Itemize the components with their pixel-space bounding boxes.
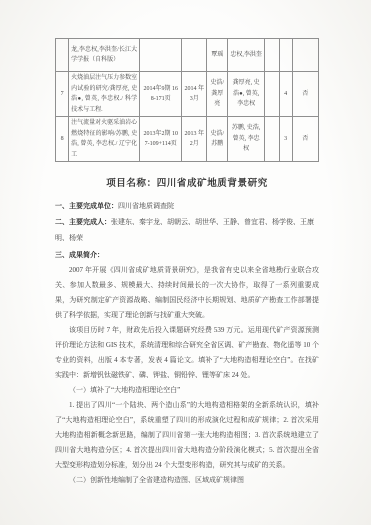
cell-paper: 火烧油层注气压力参数室内试验的研究/龚厚亮, 史浩●, 曾英, 李忠权./ 科学… bbox=[69, 72, 140, 117]
contributors-line: 二、主要完成人：张建东、秦宇龙、胡朝云、胡世华、王静、曾宜君、杨学俊、王康明、杨… bbox=[55, 214, 319, 246]
table-row: 7 火烧油层注气压力参数室内试验的研究/龚厚亮, 史浩●, 曾英, 李忠权./ … bbox=[56, 72, 319, 117]
publications-table: 龙,李忠权,李洪奎/长江大学学报（自科版） 覃瑶 忠权,李洪奎 7 火烧油层注气… bbox=[55, 38, 319, 162]
cell-issue: 2014年9期 168-171页 bbox=[140, 72, 182, 117]
cell-no bbox=[56, 39, 69, 72]
cell-flag: 否 bbox=[292, 72, 318, 117]
abstract-heading-label: 三、成果简介： bbox=[55, 251, 104, 259]
cell-no: 8 bbox=[56, 117, 69, 162]
cell-authors: 苏鹏, 史浩, 曾英, 李忠权 bbox=[228, 117, 265, 162]
cell-date bbox=[182, 39, 207, 72]
cell-issue bbox=[140, 39, 182, 72]
cell-issue: 2013年2期 107-109+114页 bbox=[140, 117, 182, 162]
cell-no: 7 bbox=[56, 72, 69, 117]
table-row: 8 注气流量对火驱采油岩心燃烧特征的影响/苏鹏, 史浩, 曾英, 李忠权./ 辽… bbox=[56, 117, 319, 162]
cell-date: 2014 年3月 bbox=[182, 72, 207, 117]
cell-authors: 忠权,李洪奎 bbox=[228, 39, 265, 72]
cell-extra bbox=[265, 72, 279, 117]
cell-lead: 史浩/龚厚亮 bbox=[207, 72, 228, 117]
cell-lead: 史浩/苏鹏 bbox=[207, 117, 228, 162]
cell-flag: 否 bbox=[292, 117, 318, 162]
finding-2-title: （二）创新性地编制了全省建造构造图、区域成矿规律图 bbox=[55, 473, 319, 488]
cell-lead: 覃瑶 bbox=[207, 39, 228, 72]
page-title: 项目名称：四川省成矿地质背景研究 bbox=[55, 175, 319, 189]
finding-1-body: 1. 提出了四川“一个陆块、两个造山系”的大地构造相格架的全新系统认识，填补了“… bbox=[55, 398, 319, 473]
cell-count bbox=[279, 39, 292, 72]
completing-unit-line: 一、主要完成单位：四川省地质调查院 bbox=[55, 198, 319, 214]
abstract-heading: 三、成果简介： bbox=[55, 247, 319, 263]
cell-paper: 龙,李忠权,李洪奎/长江大学学报（自科版） bbox=[69, 39, 140, 72]
table-row: 龙,李忠权,李洪奎/长江大学学报（自科版） 覃瑶 忠权,李洪奎 bbox=[56, 39, 319, 72]
cell-count: 3 bbox=[279, 117, 292, 162]
cell-authors: 龚厚亮, 史浩●, 曾英, 李忠权 bbox=[228, 72, 265, 117]
cell-extra bbox=[265, 117, 279, 162]
abstract-paragraph-1: 2007 年开展《四川省成矿地质背景研究》，是我省有史以来全省地勘行业联合攻关、… bbox=[55, 263, 319, 323]
document-page: 龙,李忠权,李洪奎/长江大学学报（自科版） 覃瑶 忠权,李洪奎 7 火烧油层注气… bbox=[0, 0, 371, 525]
cell-count: 4 bbox=[279, 72, 292, 117]
completing-unit-label: 一、主要完成单位： bbox=[55, 202, 118, 210]
abstract-paragraph-2: 该项目历时 7 年，财政先后投入课题研究经费 539 万元。运用现代矿产资源预测… bbox=[55, 323, 319, 383]
cell-flag bbox=[292, 39, 318, 72]
cell-paper: 注气流量对火驱采油岩心燃烧特征的影响/苏鹏, 史浩, 曾英, 李忠权./ 辽宁化… bbox=[69, 117, 140, 162]
cell-date: 2013 年2月 bbox=[182, 117, 207, 162]
contributors-label: 二、主要完成人： bbox=[55, 218, 111, 226]
finding-1-title: （一）填补了“大地构造相理论空白” bbox=[55, 383, 319, 398]
cell-extra bbox=[265, 39, 279, 72]
completing-unit-value: 四川省地质调查院 bbox=[118, 202, 174, 210]
